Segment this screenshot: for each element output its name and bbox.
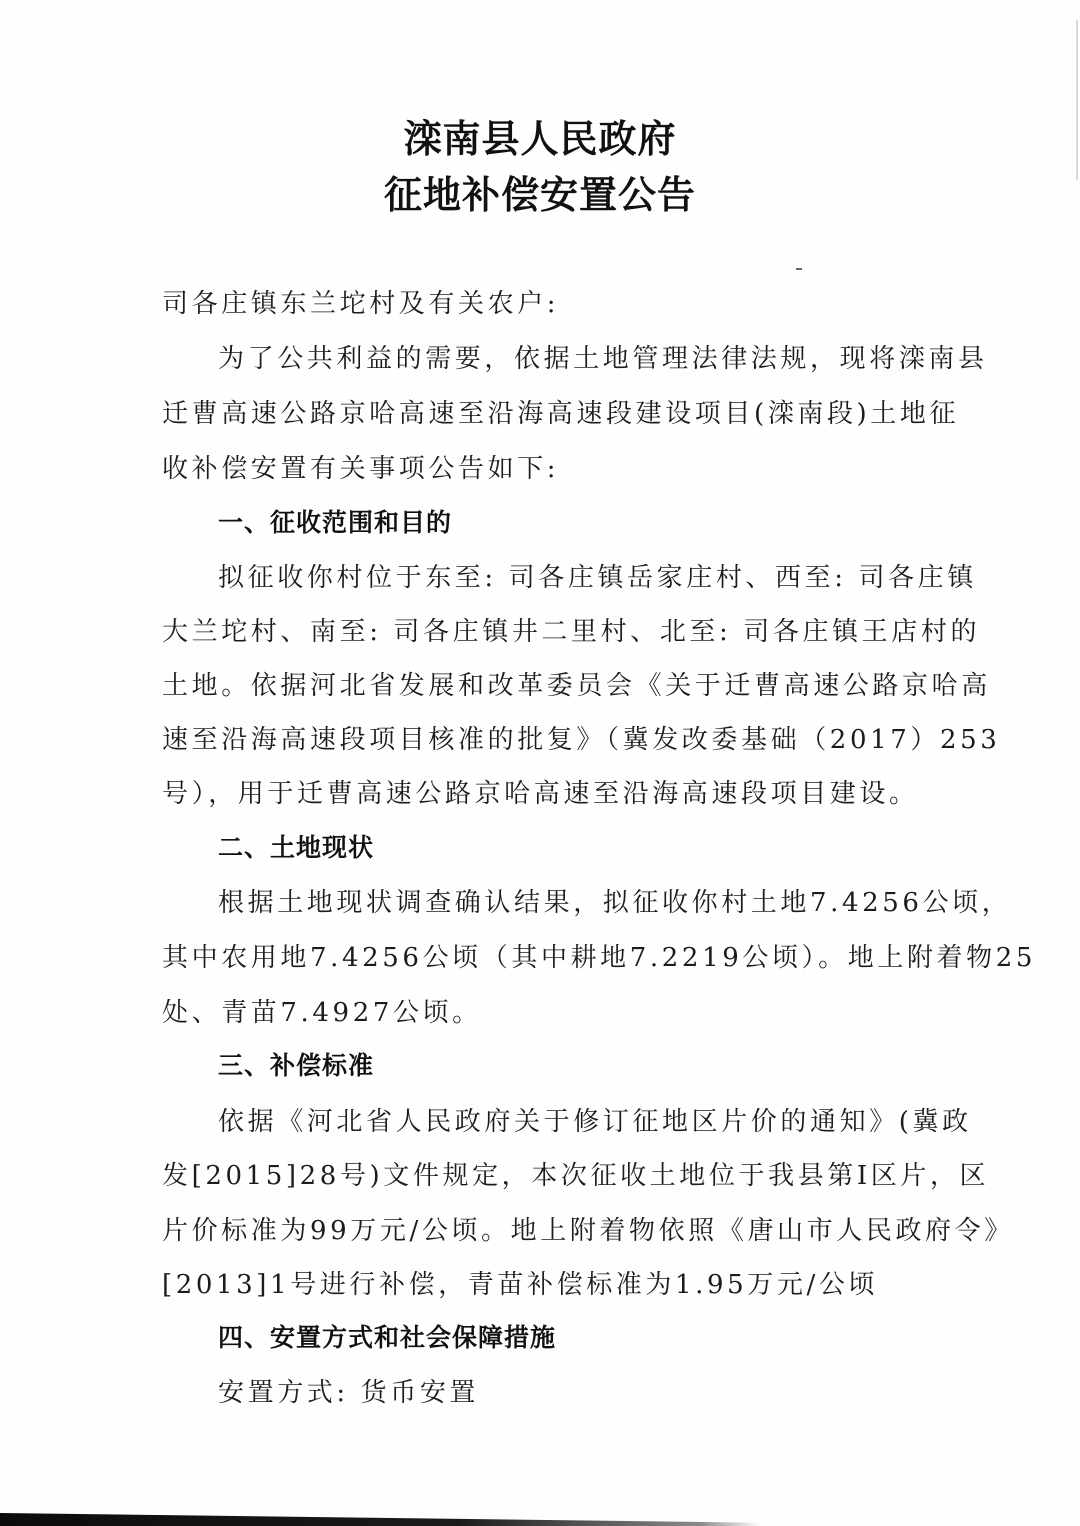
- document-title-subject: 征地补偿安置公告: [0, 164, 1080, 219]
- section-1-line-2: 大兰坨村、南至: 司各庄镇井二里村、北至: 司各庄镇王店村的: [162, 611, 980, 648]
- section-3-line-2: 发[2015]28号)文件规定，本次征收土地位于我县第Ⅰ区片，区: [162, 1155, 989, 1192]
- section-4-heading: 四、安置方式和社会保障措施: [218, 1318, 556, 1354]
- section-2-line-1: 根据土地现状调查确认结果，拟征收你村土地7.4256公顷，: [218, 882, 1011, 919]
- section-1-line-3: 土地。依据河北省发展和改革委员会《关于迁曹高速公路京哈高: [162, 665, 991, 702]
- section-2-heading: 二、土地现状: [218, 828, 374, 864]
- scan-bottom-edge: [0, 1513, 760, 1526]
- section-1-heading: 一、征收范围和目的: [218, 503, 452, 539]
- section-1-line-4: 速至沿海高速段项目核准的批复》（冀发改委基础（2017）253: [162, 719, 1000, 756]
- intro-line-3: 收补偿安置有关事项公告如下:: [162, 448, 559, 485]
- document-page: 滦南县人民政府 征地补偿安置公告 司各庄镇东兰坨村及有关农户: 为了公共利益的需…: [0, 0, 1080, 1526]
- intro-line-1: 为了公共利益的需要，依据土地管理法律法规，现将滦南县: [218, 338, 988, 375]
- section-4-line-1: 安置方式: 货币安置: [218, 1372, 479, 1409]
- addressee: 司各庄镇东兰坨村及有关农户:: [162, 283, 559, 320]
- section-1-line-1: 拟征收你村位于东至: 司各庄镇岳家庄村、西至: 司各庄镇: [218, 557, 977, 594]
- section-2-line-2: 其中农用地7.4256公顷（其中耕地7.2219公顷）。地上附着物25: [162, 937, 1036, 974]
- document-title-issuer: 滦南县人民政府: [0, 108, 1080, 163]
- section-3-line-3: 片价标准为99万元/公顷。地上附着物依照《唐山市人民政府令》: [162, 1210, 1014, 1247]
- section-3-heading: 三、补偿标准: [218, 1046, 374, 1082]
- section-3-line-4: [2013]1号进行补偿，青苗补偿标准为1.95万元/公顷: [162, 1264, 878, 1301]
- intro-line-2: 迁曹高速公路京哈高速至沿海高速段建设项目(滦南段)土地征: [162, 393, 959, 430]
- section-3-line-1: 依据《河北省人民政府关于修订征地区片价的通知》(冀政: [218, 1101, 972, 1138]
- section-2-line-3: 处、青苗7.4927公顷。: [162, 992, 482, 1029]
- section-1-line-5: 号），用于迁曹高速公路京哈高速至沿海高速段项目建设。: [162, 773, 919, 810]
- scan-mark: [796, 268, 802, 270]
